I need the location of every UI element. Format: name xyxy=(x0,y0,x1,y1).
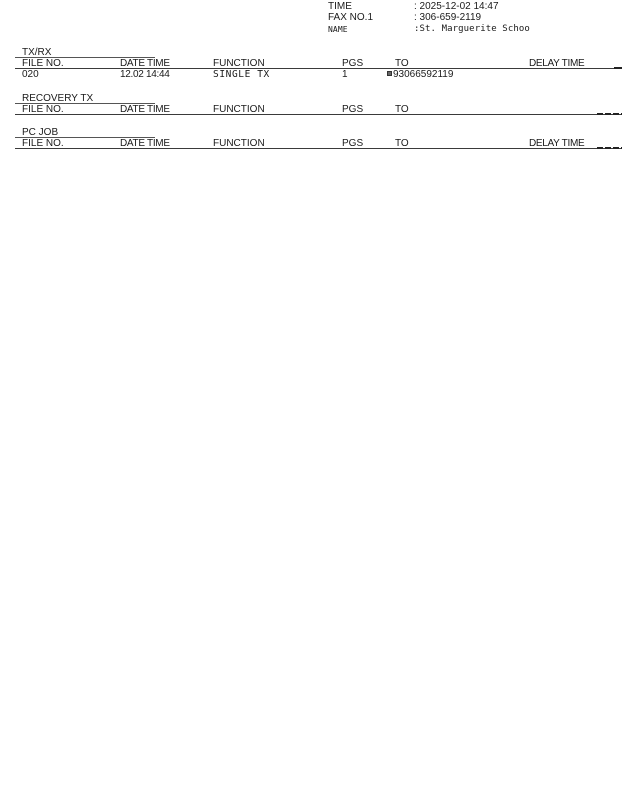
name-value: :St. Marguerite Schoo xyxy=(414,24,530,35)
row-pgs: 1 xyxy=(342,69,348,80)
row-file-no: 020 xyxy=(22,69,39,80)
header-rule xyxy=(15,68,622,69)
rule-tail xyxy=(597,113,622,115)
rule-tail xyxy=(614,67,622,69)
row-to: 93066592119 xyxy=(387,69,453,80)
time-label: TIME xyxy=(328,1,352,12)
fax-label: FAX NO.1 xyxy=(328,12,373,23)
fax-destination-icon xyxy=(387,71,392,76)
row-date-time: 12.02 14:44 xyxy=(120,69,170,80)
row-to-number: 93066592119 xyxy=(393,69,453,80)
time-value: : 2025-12-02 14:47 xyxy=(414,1,499,12)
name-label: NAME xyxy=(328,24,348,35)
header-rule xyxy=(15,114,622,115)
header-rule xyxy=(15,148,622,149)
rule-tail xyxy=(597,147,622,149)
row-function: SINGLE TX xyxy=(213,69,270,80)
fax-value: : 306-659-2119 xyxy=(414,12,481,23)
